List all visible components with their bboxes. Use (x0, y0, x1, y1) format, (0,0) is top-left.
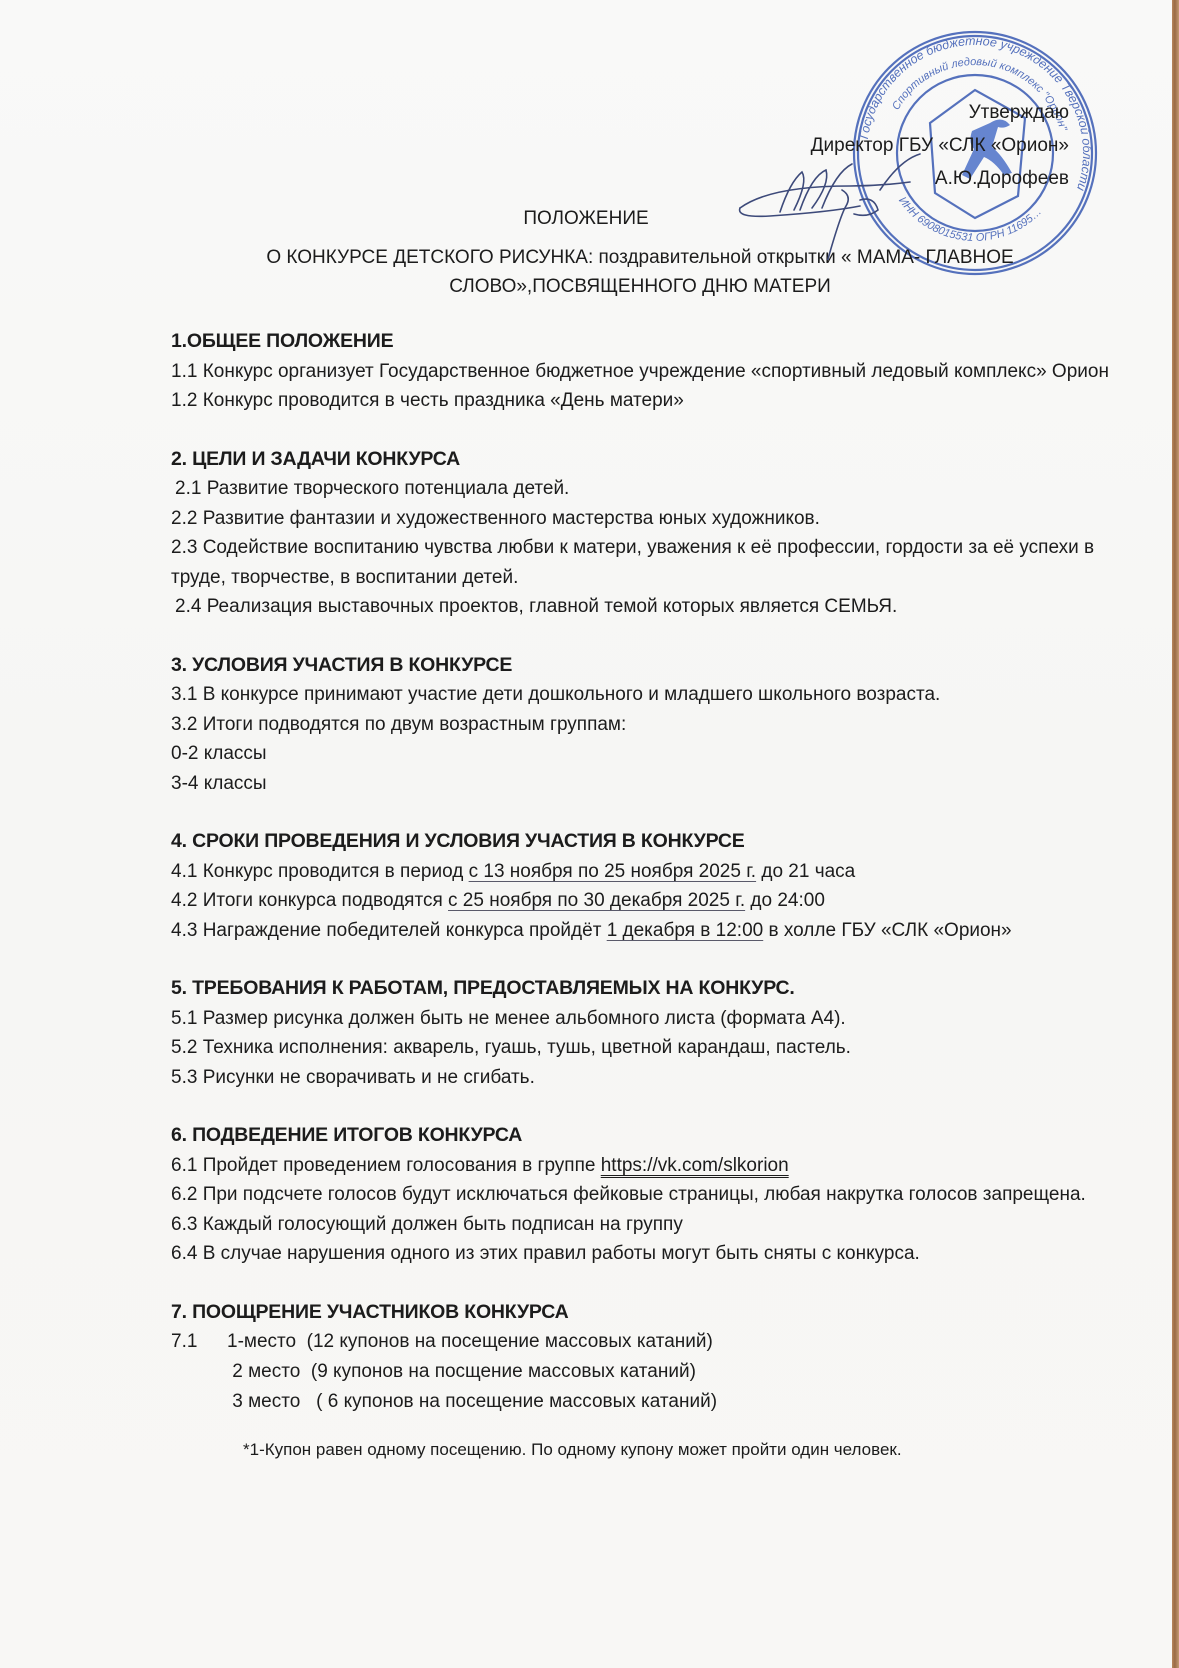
clause-5-2: 5.2 Техника исполнения: акварель, гуашь,… (171, 1033, 1121, 1063)
clause-number: 7.1 (171, 1327, 227, 1357)
section-heading: 6. ПОДВЕДЕНИЕ ИТОГОВ КОНКУРСА (171, 1121, 1121, 1151)
section-heading: 7. ПООЩРЕНИЕ УЧАСТНИКОВ КОНКУРСА (171, 1298, 1121, 1328)
approval-label: Утверждаю (811, 96, 1069, 129)
clause-6-1: 6.1 Пройдет проведением голосования в гр… (171, 1151, 1121, 1181)
contest-period: с 13 ноября по 25 ноября 2025 г. (469, 861, 756, 882)
section-heading: 2. ЦЕЛИ И ЗАДАЧИ КОНКУРСА (171, 445, 1121, 475)
section-heading: 5. ТРЕБОВАНИЯ К РАБОТАМ, ПРЕДОСТАВЛЯЕМЫХ… (171, 974, 1121, 1004)
section-heading: 3. УСЛОВИЯ УЧАСТИЯ В КОНКУРСЕ (171, 651, 1121, 681)
clause-2-1: 2.1 Развитие творческого потенциала дете… (171, 474, 1121, 504)
section-goals: 2. ЦЕЛИ И ЗАДАЧИ КОНКУРСА 2.1 Развитие т… (171, 445, 1121, 622)
section-heading: 4. СРОКИ ПРОВЕДЕНИЯ И УСЛОВИЯ УЧАСТИЯ В … (171, 827, 1121, 857)
clause-2-4: 2.4 Реализация выставочных проектов, гла… (171, 592, 1121, 622)
clause-1-2: 1.2 Конкурс проводится в честь праздника… (171, 386, 1121, 416)
document-title: ПОЛОЖЕНИЕ (0, 206, 1172, 232)
document-subtitle: О КОНКУРСЕ ДЕТСКОГО РИСУНКА: поздравител… (200, 243, 1080, 301)
prize-second: 2 место (9 купонов на посщение массовых … (227, 1357, 696, 1387)
section-rewards: 7. ПООЩРЕНИЕ УЧАСТНИКОВ КОНКУРСА 7.1 1-м… (171, 1298, 1121, 1465)
clause-4-2: 4.2 Итоги конкурса подводятся с 25 ноябр… (171, 886, 1121, 916)
clause-2-3: 2.3 Содействие воспитанию чувства любви … (171, 533, 1121, 592)
clause-4-1: 4.1 Конкурс проводится в период с 13 ноя… (171, 857, 1121, 887)
award-date: 1 декабря в 12:00 (607, 920, 764, 941)
clause-6-3: 6.3 Каждый голосующий должен быть подпис… (171, 1210, 1121, 1240)
section-results: 6. ПОДВЕДЕНИЕ ИТОГОВ КОНКУРСА 6.1 Пройде… (171, 1121, 1121, 1269)
results-period: с 25 ноября по 30 декабря 2025 г. (448, 890, 745, 911)
age-group-1: 0-2 классы (171, 739, 1121, 769)
section-dates: 4. СРОКИ ПРОВЕДЕНИЯ И УСЛОВИЯ УЧАСТИЯ В … (171, 827, 1121, 945)
signature (730, 150, 930, 260)
coupon-footnote: *1-Купон равен одному посещению. По одно… (171, 1435, 1121, 1465)
clause-6-4: 6.4 В случае нарушения одного из этих пр… (171, 1239, 1121, 1269)
section-heading: 1.ОБЩЕЕ ПОЛОЖЕНИЕ (171, 327, 1121, 357)
vk-group-link[interactable]: https://vk.com/slkorion (601, 1155, 789, 1176)
clause-5-3: 5.3 Рисунки не сворачивать и не сгибать. (171, 1063, 1121, 1093)
clause-5-1: 5.1 Размер рисунка должен быть не менее … (171, 1004, 1121, 1034)
prize-third: 3 место ( 6 купонов на посещение массовы… (227, 1387, 717, 1417)
prize-row-2: 2 место (9 купонов на посщение массовых … (171, 1357, 1121, 1387)
clause-3-2: 3.2 Итоги подводятся по двум возрастным … (171, 710, 1121, 740)
age-group-2: 3-4 классы (171, 769, 1121, 799)
section-general: 1.ОБЩЕЕ ПОЛОЖЕНИЕ 1.1 Конкурс организует… (171, 327, 1121, 416)
clause-1-1: 1.1 Конкурс организует Государственное б… (171, 357, 1121, 387)
section-requirements: 5. ТРЕБОВАНИЯ К РАБОТАМ, ПРЕДОСТАВЛЯЕМЫХ… (171, 974, 1121, 1092)
clause-6-2: 6.2 При подсчете голосов будут исключать… (171, 1180, 1121, 1210)
prize-row-3: 3 место ( 6 купонов на посещение массовы… (171, 1387, 1121, 1417)
page-edge (1172, 0, 1179, 1668)
clause-2-2: 2.2 Развитие фантазии и художественного … (171, 504, 1121, 534)
prize-row-1: 7.1 1-место (12 купонов на посещение мас… (171, 1327, 1121, 1357)
prize-first: 1-место (12 купонов на посещение массовы… (227, 1327, 713, 1357)
document-body: 1.ОБЩЕЕ ПОЛОЖЕНИЕ 1.1 Конкурс организует… (171, 327, 1121, 1494)
clause-3-1: 3.1 В конкурсе принимают участие дети до… (171, 680, 1121, 710)
section-conditions: 3. УСЛОВИЯ УЧАСТИЯ В КОНКУРСЕ 3.1 В конк… (171, 651, 1121, 799)
clause-4-3: 4.3 Награждение победителей конкурса про… (171, 916, 1121, 946)
